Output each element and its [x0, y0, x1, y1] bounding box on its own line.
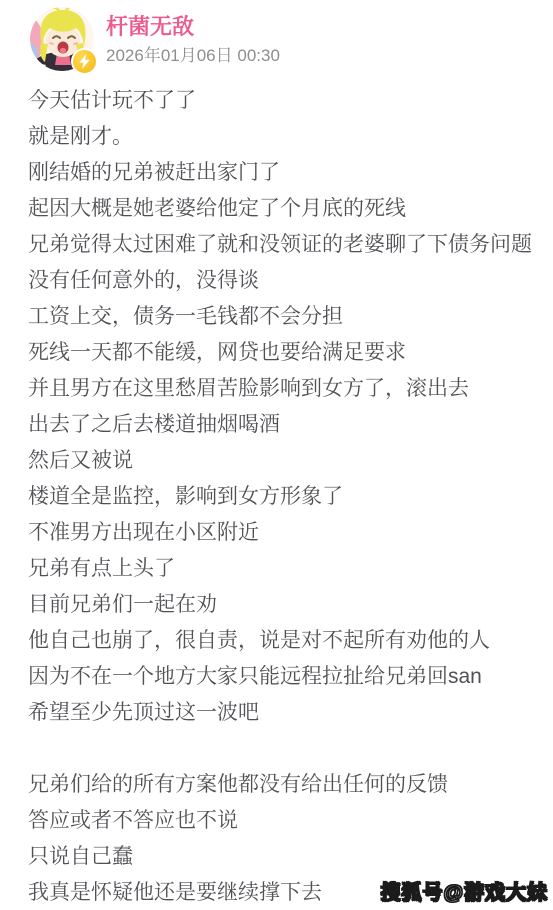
post-page: 杆菌无敌 2026年01月06日 00:30 今天估计玩不了了就是刚才。刚结婚的…: [0, 0, 553, 910]
post-line: 没有任何意外的，没得谈: [28, 263, 546, 299]
post-line: 目前兄弟们一起在劝: [28, 587, 546, 623]
post-line: 只说自己蠢: [28, 839, 546, 875]
avatar[interactable]: [30, 7, 94, 71]
lightning-badge: [71, 48, 98, 75]
post-line: 兄弟觉得太过困难了就和没领证的老婆聊了下债务问题: [28, 227, 546, 263]
post-line: 刚结婚的兄弟被赶出家门了: [28, 155, 546, 191]
header-text: 杆菌无敌 2026年01月06日 00:30: [106, 7, 280, 66]
post-line: 工资上交，债务一毛钱都不会分担: [28, 299, 546, 335]
post-line: 兄弟们给的所有方案他都没有给出任何的反馈: [28, 767, 546, 803]
post-line: 不准男方出现在小区附近: [28, 515, 546, 551]
post-header: 杆菌无敌 2026年01月06日 00:30: [30, 7, 280, 71]
watermark: 搜狐号@游戏大妹: [380, 876, 548, 905]
post-line: 并且男方在这里愁眉苦脸影响到女方了，滚出去: [28, 371, 546, 407]
lightning-icon: [74, 51, 95, 72]
post-line: 兄弟有点上头了: [28, 551, 546, 587]
post-line: 因为不在一个地方大家只能远程拉扯给兄弟回san: [28, 659, 546, 695]
post-line: 答应或者不答应也不说: [28, 803, 546, 839]
post-line: 起因大概是她老婆给他定了个月底的死线: [28, 191, 546, 227]
post-line: 楼道全是监控，影响到女方形象了: [28, 479, 546, 515]
post-line: 他自己也崩了，很自责，说是对不起所有劝他的人: [28, 623, 546, 659]
username[interactable]: 杆菌无敌: [106, 14, 280, 40]
post-body: 今天估计玩不了了就是刚才。刚结婚的兄弟被赶出家门了起因大概是她老婆给他定了个月底…: [28, 83, 546, 910]
post-line: 希望至少先顶过这一波吧: [28, 695, 546, 731]
post-line: [28, 731, 546, 767]
post-line: 死线一天都不能缓，网贷也要给满足要求: [28, 335, 546, 371]
post-line: 就是刚才。: [28, 119, 546, 155]
post-line: 然后又被说: [28, 443, 546, 479]
post-line: 今天估计玩不了了: [28, 83, 546, 119]
timestamp: 2026年01月06日 00:30: [106, 46, 280, 66]
post-line: 出去了之后去楼道抽烟喝酒: [28, 407, 546, 443]
